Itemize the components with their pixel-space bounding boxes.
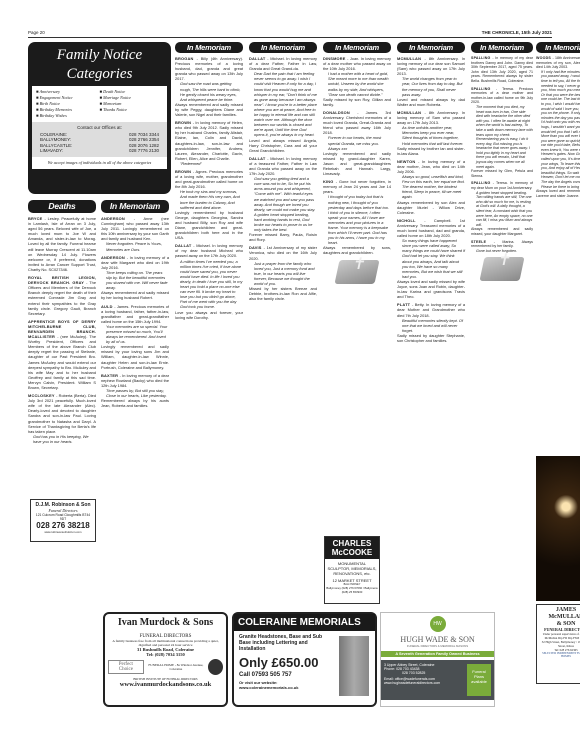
memoriam-column-5: In MemoriamDINSMORE - Joan. In loving me… xyxy=(323,42,391,288)
memoriam-column-8: In MemoriamWOODS - 18th Anniversary. Pre… xyxy=(536,42,580,452)
notice-entry: NICHOLL - Campbell. 1st Anniversary. Tre… xyxy=(397,218,465,300)
accept-images-note: We accept images of individuals in all o… xyxy=(32,157,167,170)
notice-entry: PLATT - Betty. In loving memory of a dea… xyxy=(397,302,465,343)
bible-icon xyxy=(334,260,379,284)
robinson-ad: D.J.M. Robinson & Son Funeral Directors … xyxy=(30,499,96,542)
deaths-column: DeathsBRYCE - Lesley. Peacefully at home… xyxy=(28,200,96,447)
notice-entry: MCMULLAN - 8th Anniversary. In loving me… xyxy=(397,56,465,107)
notice-entry: DONALDSON - James. 3rd Anniversary. Cher… xyxy=(323,110,391,176)
memoriam-column-6: In MemoriamMCMULLAN - 8th Anniversary. I… xyxy=(397,42,465,346)
memoriam-column-7: In MemoriamSPALLING - In memory of my de… xyxy=(471,42,533,285)
notice-entry: BAXTER - In loving memory of a dear neph… xyxy=(101,373,169,409)
notice-entry: BROGAN - Billy (4th Anniversary). Precio… xyxy=(175,56,243,117)
office-row: LIMAVADY:028 7776 2130 xyxy=(40,148,159,154)
notice-entry: NEWTON - In loving memory of a dear moth… xyxy=(397,159,465,215)
memoriam-column-3: In MemoriamBROGAN - Billy (4th Anniversa… xyxy=(175,42,243,323)
category-item: Birthday Wishes xyxy=(36,113,100,119)
notice-entry: DINSMORE - Joan. In loving memory of a d… xyxy=(323,56,391,107)
james-mcmullan-ad: JAMES McMULLAN & SON FUNERAL DIRECTORS U… xyxy=(536,604,580,684)
notice-entry: BRYCE - Lesley. Peacefully at home in La… xyxy=(28,216,96,272)
notice-entry: MCCLOSKEY - Roberta (Berta). Died July 3… xyxy=(28,393,96,444)
notice-entry: SPALLING - In memory of my dear brothers… xyxy=(471,56,533,84)
category-list: AnniversaryDeath NoticeEngagement Notice… xyxy=(32,86,167,122)
page-number: Page 20 xyxy=(28,30,45,35)
notice-entry: WOODS - 18th Anniversary. Precious memor… xyxy=(536,56,580,198)
masthead: THE CHRONICLE, 15th July 2021 xyxy=(482,30,552,35)
mccooke-ad: CHARLESMcCOOKE MONUMENTAL SCULPTOR, MEMO… xyxy=(324,536,380,604)
bible-icon xyxy=(479,257,524,281)
notice-entry: DALLAT - Michael. In loving memory of a … xyxy=(249,156,317,243)
notice-entry: ANDERSON - Anne (nee Cunningham) who pas… xyxy=(101,216,169,252)
notice-entry: MCMULLAN - 8th Anniversary. In loving me… xyxy=(397,110,465,156)
notice-entry: ANDERSON - In loving memory of a dear wi… xyxy=(101,255,169,301)
murdock-website: www.ivanmurdockandsons.co.uk xyxy=(108,681,223,688)
notice-entry: DALLAT - Michael. In loving memory of my… xyxy=(175,243,243,319)
notice-entry: DALLAT - Michael. In loving memory of a … xyxy=(249,56,317,153)
murdock-ad: Ivan Murdock & Sons FUNERAL DIRECTORS A … xyxy=(103,612,228,707)
notice-entry: SPALLING - Teresa. In memory of my dear … xyxy=(471,181,533,236)
headstone-image xyxy=(339,636,369,696)
newspaper-page: Page 20 THE CHRONICLE, 15th July 2021 Fa… xyxy=(28,24,552,714)
category-item: Thanks Notice xyxy=(100,107,164,113)
contact-offices: Contact our Offices at: COLERAINE:028 70… xyxy=(32,122,167,157)
family-notice-box: Family NoticeCategories AnniversaryDeath… xyxy=(28,42,171,194)
notice-entry: DAVIS - 1st Anniversary of my sister Ver… xyxy=(249,245,317,301)
notice-entry: ROYAL BRITISH LEGION, DERVOCK BRANCH. GR… xyxy=(28,275,96,316)
notice-entry: AULD - James. Precious memories of a lov… xyxy=(101,304,169,370)
coleraine-memorials-ad: COLERAINE MEMORIALS Granite Headstones, … xyxy=(232,612,377,707)
institute-seal-icon xyxy=(208,659,223,675)
page-header: Page 20 THE CHRONICLE, 15th July 2021 xyxy=(28,28,552,38)
memoriam-column-2: In MemoriamANDERSON - Anne (nee Cunningh… xyxy=(101,200,169,411)
notice-entry: SPALLING - Teresa. Precious memories of … xyxy=(471,87,533,179)
deaths-tab: Deaths xyxy=(28,200,96,213)
memoriam-column-4: In MemoriamDALLAT - Michael. In loving m… xyxy=(249,42,317,304)
notice-entry: KING - Gone but never forgotten, in memo… xyxy=(323,179,391,255)
memoriam-tab: In Memoriam xyxy=(101,200,169,213)
notice-entry: APPRENTICE BOYS OF DERRY MITCHELBURNE CL… xyxy=(28,319,96,390)
family-notice-title: Family NoticeCategories xyxy=(32,46,167,84)
candle-photo xyxy=(536,456,580,601)
hugh-wade-ad: HW HUGH WADE & SON FUNERAL DIRECTORS & M… xyxy=(380,612,495,707)
notice-entry: BROWN - Agnes. Precious memories of a lo… xyxy=(175,169,243,240)
notice-entry: BROWN - In loving memory of Helen, who d… xyxy=(175,120,243,166)
